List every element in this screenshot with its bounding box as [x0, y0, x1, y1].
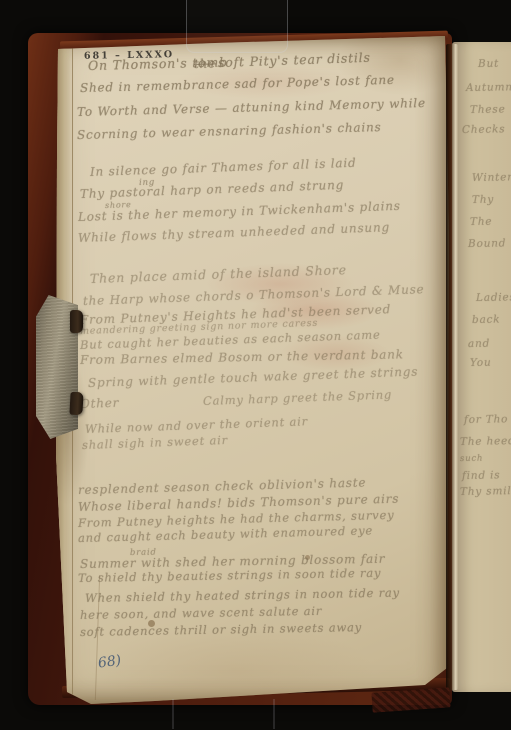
facing-text-fragment: Autumn: [466, 81, 511, 94]
facing-text-fragment: The: [470, 216, 493, 228]
page-number: 68): [97, 652, 122, 671]
handwritten-line: Thy pastoral harp on reeds and strung: [80, 178, 345, 201]
handwritten-line: While now and over the orient air: [85, 414, 308, 436]
handwritten-line: Spring with gentle touch wake greet the …: [88, 364, 419, 390]
strap-texture: [371, 687, 450, 712]
handwritten-line: Then place amid of the island Shore: [90, 262, 347, 286]
facing-text-fragment: Checks: [462, 123, 506, 136]
handwritten-line: Other: [80, 396, 120, 411]
clasp-pin: [70, 310, 83, 333]
facing-text-fragment: Thy: [472, 194, 494, 206]
facing-text-fragment: Thy smile: [460, 485, 511, 498]
handwritten-line: Calmy harp greet the Spring: [203, 387, 393, 408]
handwritten-line: To Worth and Verse — attuning kind Memor…: [77, 96, 426, 119]
facing-text-fragment: Ladies: [476, 291, 511, 304]
manuscript-page: 681 – LXXXO On Thomson's tombthesoft Pit…: [55, 35, 450, 705]
facing-text-fragment: Winter: [472, 171, 511, 184]
handwritten-line: soft cadences thrill or sigh in sweets a…: [80, 620, 362, 639]
facing-text-fragment: for Tho: [464, 413, 508, 426]
facing-text-fragment: and: [468, 338, 490, 350]
facing-text-fragment: But: [478, 58, 499, 70]
clasp-pin: [69, 392, 83, 416]
photo-stage: ButAutumnTheseChecksWinterThyTheBoundLad…: [0, 0, 511, 730]
facing-page-edge: ButAutumnTheseChecksWinterThyTheBoundLad…: [452, 42, 511, 692]
handwritten-line: In silence go fair Thames for all is lai…: [90, 156, 357, 179]
perspex-strap-edge: [273, 699, 275, 729]
facing-text-fragment: back: [472, 314, 501, 326]
page-fold-gutter: [446, 44, 458, 690]
handwritten-line: Scorning to wear ensnaring fashion's cha…: [77, 120, 382, 142]
facing-text-fragment: find is: [462, 469, 501, 482]
facing-text-fragment: Bound: [468, 237, 507, 250]
handwritten-line: Shed in remembrance sad for Pope's lost …: [80, 73, 395, 95]
facing-text-fragment: You: [470, 357, 492, 369]
facing-text-fragment: The heed: [460, 435, 511, 448]
perspex-strap-edge: [172, 699, 174, 729]
handwritten-line: While flows thy stream unheeded and unsu…: [78, 220, 390, 245]
handwritten-line: shall sigh in sweet air: [82, 433, 228, 452]
handwritten-line: the: [194, 56, 216, 71]
facing-text-fragment: These: [470, 103, 506, 116]
handwritten-line: here soon, and wave scent salute air: [80, 604, 322, 622]
perspex-clip: [186, 0, 288, 53]
facing-text-fragment: such: [460, 454, 483, 464]
handwritten-line: When shield thy heated strings in noon t…: [85, 586, 400, 605]
